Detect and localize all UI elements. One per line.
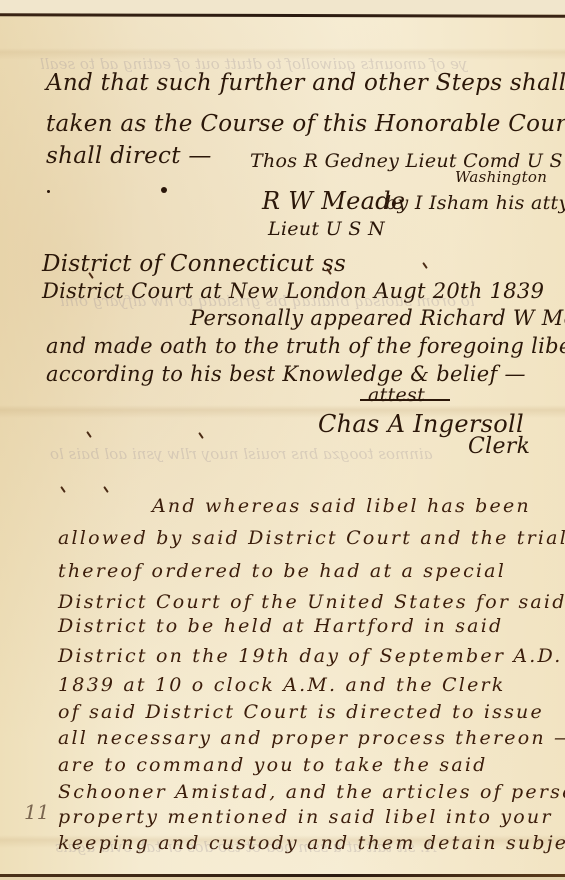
clerk-title: Clerk [468, 434, 530, 459]
body-line: are to command you to take the said [58, 754, 487, 776]
text-line: shall direct — [46, 143, 212, 169]
body-line: District to be held at Hartford in said [58, 615, 503, 637]
attest-underline [360, 399, 450, 401]
body-line: all necessary and proper process thereon… [58, 727, 565, 749]
body-line: And whereas said libel has been [152, 495, 531, 517]
ink-tick [103, 486, 109, 493]
ink-tick [86, 431, 92, 438]
jurat-line: Personally appeared Richard W Meade [190, 306, 565, 330]
body-line: of said District Court is directed to is… [58, 701, 544, 723]
signature-gedney-vessel: Washington [455, 168, 547, 186]
ink-tick [198, 432, 204, 439]
jurat-heading-court: District Court at New London Augt 20th 1… [42, 279, 544, 303]
text-line: And that such further and other Steps sh… [46, 70, 565, 96]
body-line: allowed by said District Court and the t… [58, 527, 565, 549]
signature-meade-rank: Lieut U S N [268, 218, 385, 240]
text-line: taken as the Course of this Honorable Co… [46, 111, 565, 137]
body-line: Schooner Amistad, and the articles of pe… [58, 781, 565, 803]
body-line: District Court of the United States for … [58, 591, 565, 613]
body-line: District on the 19th day of September A.… [58, 645, 563, 667]
manuscript-page: ye of amounts gaiwollof to dtutt out of … [0, 0, 565, 880]
attest-label: attest [368, 384, 425, 406]
ink-tick [60, 486, 66, 493]
jurat-line: according to his best Knowledge & belief… [46, 362, 526, 386]
body-line: 1839 at 10 o clock A.M. and the Clerk [58, 674, 506, 696]
ink-blot [161, 187, 167, 193]
bleed-through-text: ainmos toogza bns rouisl nuoy rllw ysni … [50, 445, 433, 463]
signature-attorney: by I Isham his atty [385, 192, 565, 214]
body-line: property mentioned in said libel into yo… [58, 806, 553, 828]
body-line: thereof ordered to be had at a special [58, 560, 506, 582]
ink-blot [47, 190, 50, 193]
jurat-line: and made oath to the truth of the forego… [46, 334, 565, 358]
page-top-fold-line [0, 13, 565, 17]
signature-meade: R W Meade [262, 187, 405, 215]
body-line: keeping and custody and them detain subj… [58, 832, 565, 854]
ink-tick [422, 262, 428, 269]
margin-note: 11 [24, 800, 49, 824]
page-top-edge [0, 0, 565, 14]
